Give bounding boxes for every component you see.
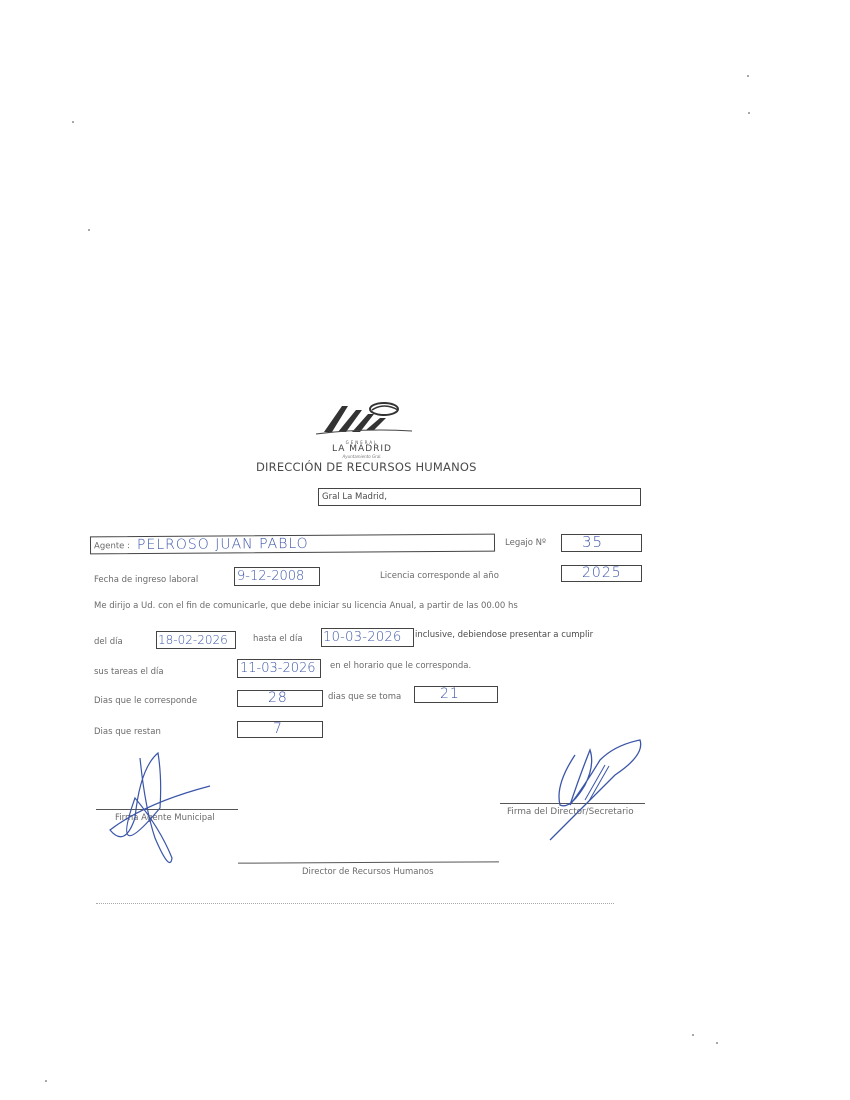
dias-restan-label: Dias que restan xyxy=(94,727,161,737)
tareas-value: 11-03-2026 xyxy=(240,662,316,675)
location-field[interactable]: Gral La Madrid, xyxy=(318,488,641,506)
tareas-label: sus tareas el día xyxy=(94,667,164,677)
hasta-field[interactable]: 10-03-2026 xyxy=(321,628,414,647)
del-dia-field[interactable]: 18-02-2026 xyxy=(156,631,236,649)
hasta-value: 10-03-2026 xyxy=(323,631,402,644)
inclusive-text: inclusive, debiendose presentar a cumpli… xyxy=(415,630,593,640)
agent-label: Agente : xyxy=(94,541,130,551)
rrhh-signature-line xyxy=(238,861,499,863)
agent-name-value: PELROSO JUAN PABLO xyxy=(137,537,309,552)
rrhh-signature-label: Director de Recursos Humanos xyxy=(302,867,434,877)
licencia-label: Licencia corresponde al año xyxy=(380,571,499,581)
horario-text: en el horario que le corresponda. xyxy=(330,661,471,671)
legajo-field[interactable]: 35 xyxy=(561,534,642,552)
logo-tagline: Ayuntamiento Gral. xyxy=(322,454,402,459)
scan-speck xyxy=(72,121,74,123)
legajo-label: Legajo Nº xyxy=(505,538,546,548)
scan-speck xyxy=(716,1042,718,1044)
ingreso-value: 9-12-2008 xyxy=(237,570,304,583)
ingreso-label: Fecha de ingreso laboral xyxy=(94,575,198,585)
dias-corresponde-field[interactable]: 28 xyxy=(237,690,323,707)
scan-speck xyxy=(88,229,90,231)
hasta-label: hasta el día xyxy=(253,634,303,644)
dias-toma-field[interactable]: 21 xyxy=(414,686,498,703)
dias-toma-label: dias que se toma xyxy=(328,692,401,702)
dias-corresponde-label: Dias que le corresponde xyxy=(94,696,197,706)
scan-speck xyxy=(747,75,749,77)
intro-text: Me dirijo a Ud. con el fin de comunicarl… xyxy=(94,601,518,611)
dias-restan-field[interactable]: 7 xyxy=(237,721,323,738)
ingreso-field[interactable]: 9-12-2008 xyxy=(234,567,320,586)
location-value: Gral La Madrid, xyxy=(322,492,387,502)
la-madrid-logo-icon xyxy=(312,398,416,440)
logo: GENERAL LA MADRID Ayuntamiento Gral. xyxy=(312,398,416,460)
logo-name: LA MADRID xyxy=(318,444,406,454)
director-signature-icon[interactable] xyxy=(545,735,650,845)
tareas-field[interactable]: 11-03-2026 xyxy=(237,659,321,678)
del-dia-value: 18-02-2026 xyxy=(158,634,228,646)
agent-signature-icon[interactable] xyxy=(100,748,220,873)
dias-restan-value: 7 xyxy=(273,722,283,736)
licencia-field[interactable]: 2025 xyxy=(561,565,642,582)
dias-corresponde-value: 28 xyxy=(268,691,288,705)
agent-field[interactable]: Agente : PELROSO JUAN PABLO xyxy=(90,534,495,555)
del-dia-label: del día xyxy=(94,637,123,647)
legajo-value: 35 xyxy=(582,535,603,550)
dias-toma-value: 21 xyxy=(440,687,460,701)
page-title: DIRECCIÓN DE RECURSOS HUMANOS xyxy=(256,460,477,474)
scan-speck xyxy=(748,112,750,114)
scan-speck xyxy=(692,1034,694,1036)
licencia-value: 2025 xyxy=(582,566,622,580)
cut-line-divider xyxy=(96,903,614,904)
scan-speck xyxy=(45,1080,47,1082)
